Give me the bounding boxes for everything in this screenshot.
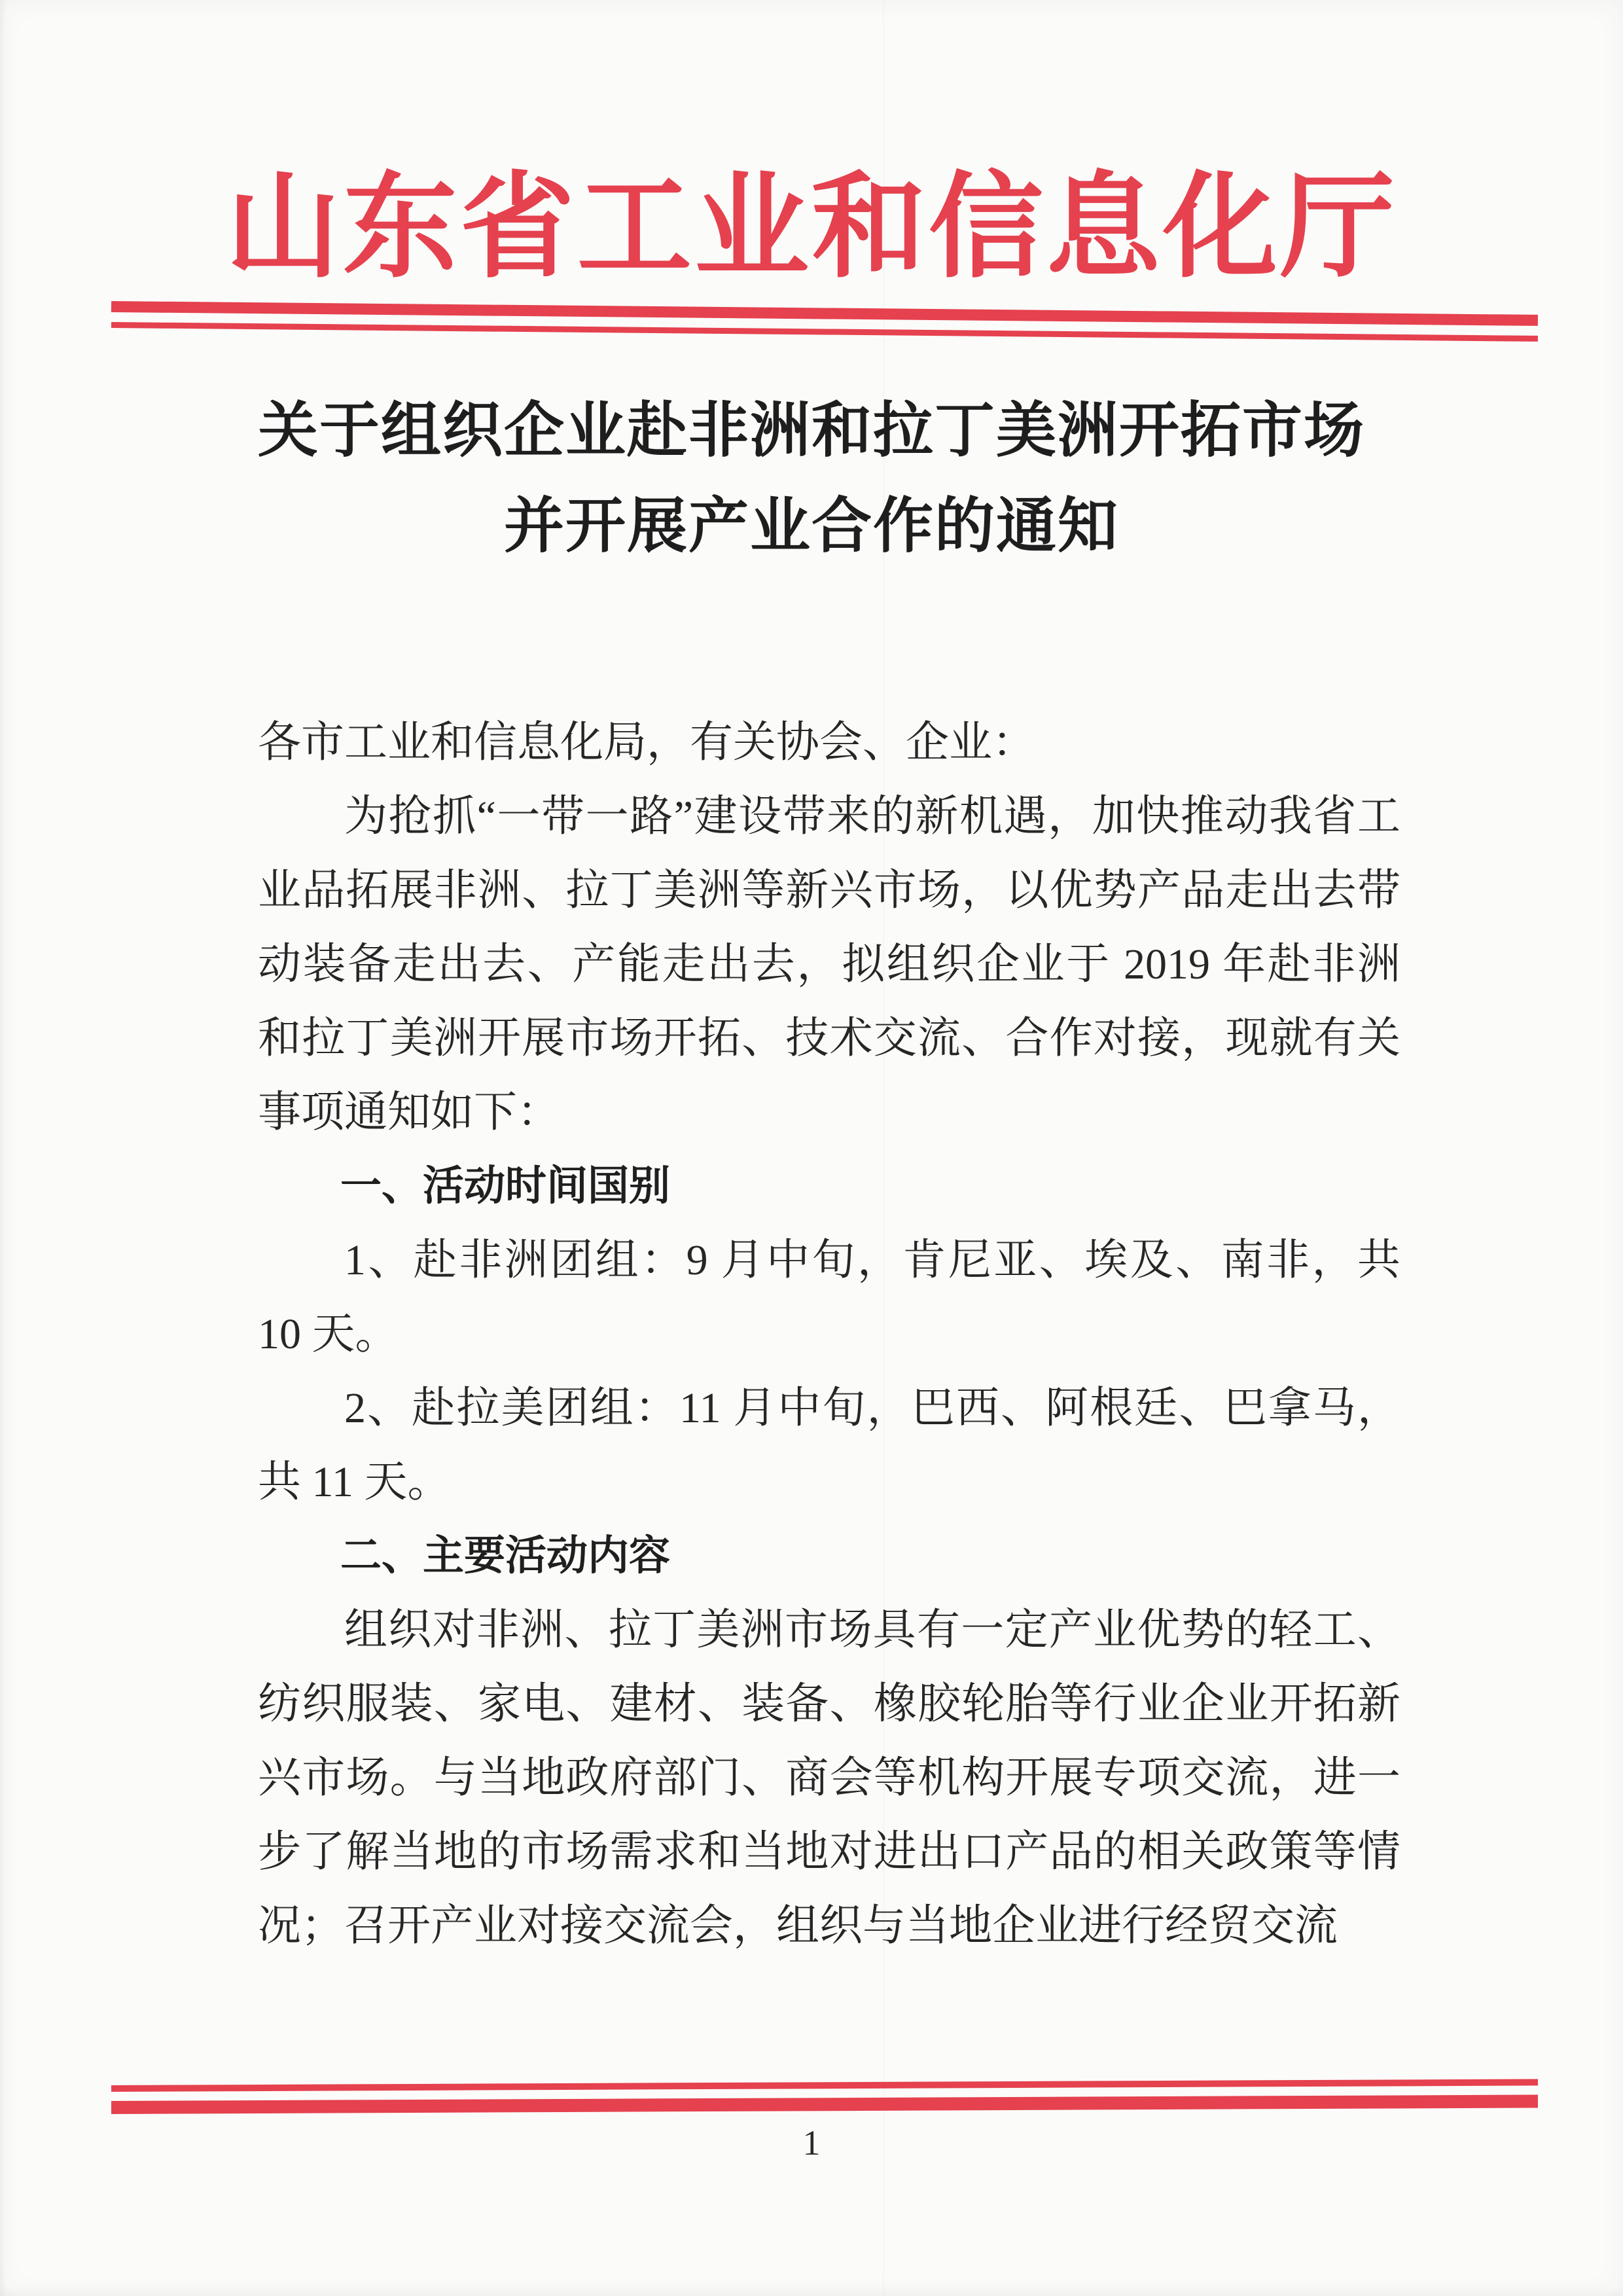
footer-rule-thin xyxy=(111,2079,1538,2092)
body-heading: 二、主要活动内容 xyxy=(258,1519,1400,1593)
footer-rule-thick xyxy=(111,2094,1538,2114)
document-title: 关于组织企业赴非洲和拉丁美洲开拓市场 并开展产业合作的通知 xyxy=(0,383,1623,574)
body-heading: 一、活动时间国别 xyxy=(258,1149,1400,1223)
page-number: 1 xyxy=(0,2123,1623,2162)
document-body: 各市工业和信息化局，有关协会、企业：为抢抓“一带一路”建设带来的新机遇，加快推动… xyxy=(258,706,1400,1963)
letterhead-rule-thick xyxy=(111,301,1538,326)
body-item: 1、赴非洲团组：9 月中旬，肯尼亚、埃及、南非，共 10 天。 xyxy=(258,1223,1400,1371)
document-title-line2: 并开展产业合作的通知 xyxy=(0,478,1623,574)
body-item: 2、赴拉美团组：11 月中旬，巴西、阿根廷、巴拿马，共 11 天。 xyxy=(258,1371,1400,1519)
letterhead-rule-thin xyxy=(111,322,1538,342)
document-title-line1: 关于组织企业赴非洲和拉丁美洲开拓市场 xyxy=(0,383,1623,478)
scanned-document-page: 山东省工业和信息化厅 关于组织企业赴非洲和拉丁美洲开拓市场 并开展产业合作的通知… xyxy=(0,0,1623,2296)
body-salutation: 各市工业和信息化局，有关协会、企业： xyxy=(258,706,1400,780)
letterhead-org-name: 山东省工业和信息化厅 xyxy=(0,162,1623,293)
body-paragraph: 为抢抓“一带一路”建设带来的新机遇，加快推动我省工业品拓展非洲、拉丁美洲等新兴市… xyxy=(258,780,1400,1149)
body-paragraph: 组织对非洲、拉丁美洲市场具有一定产业优势的轻工、纺织服装、家电、建材、装备、橡胶… xyxy=(258,1593,1400,1963)
